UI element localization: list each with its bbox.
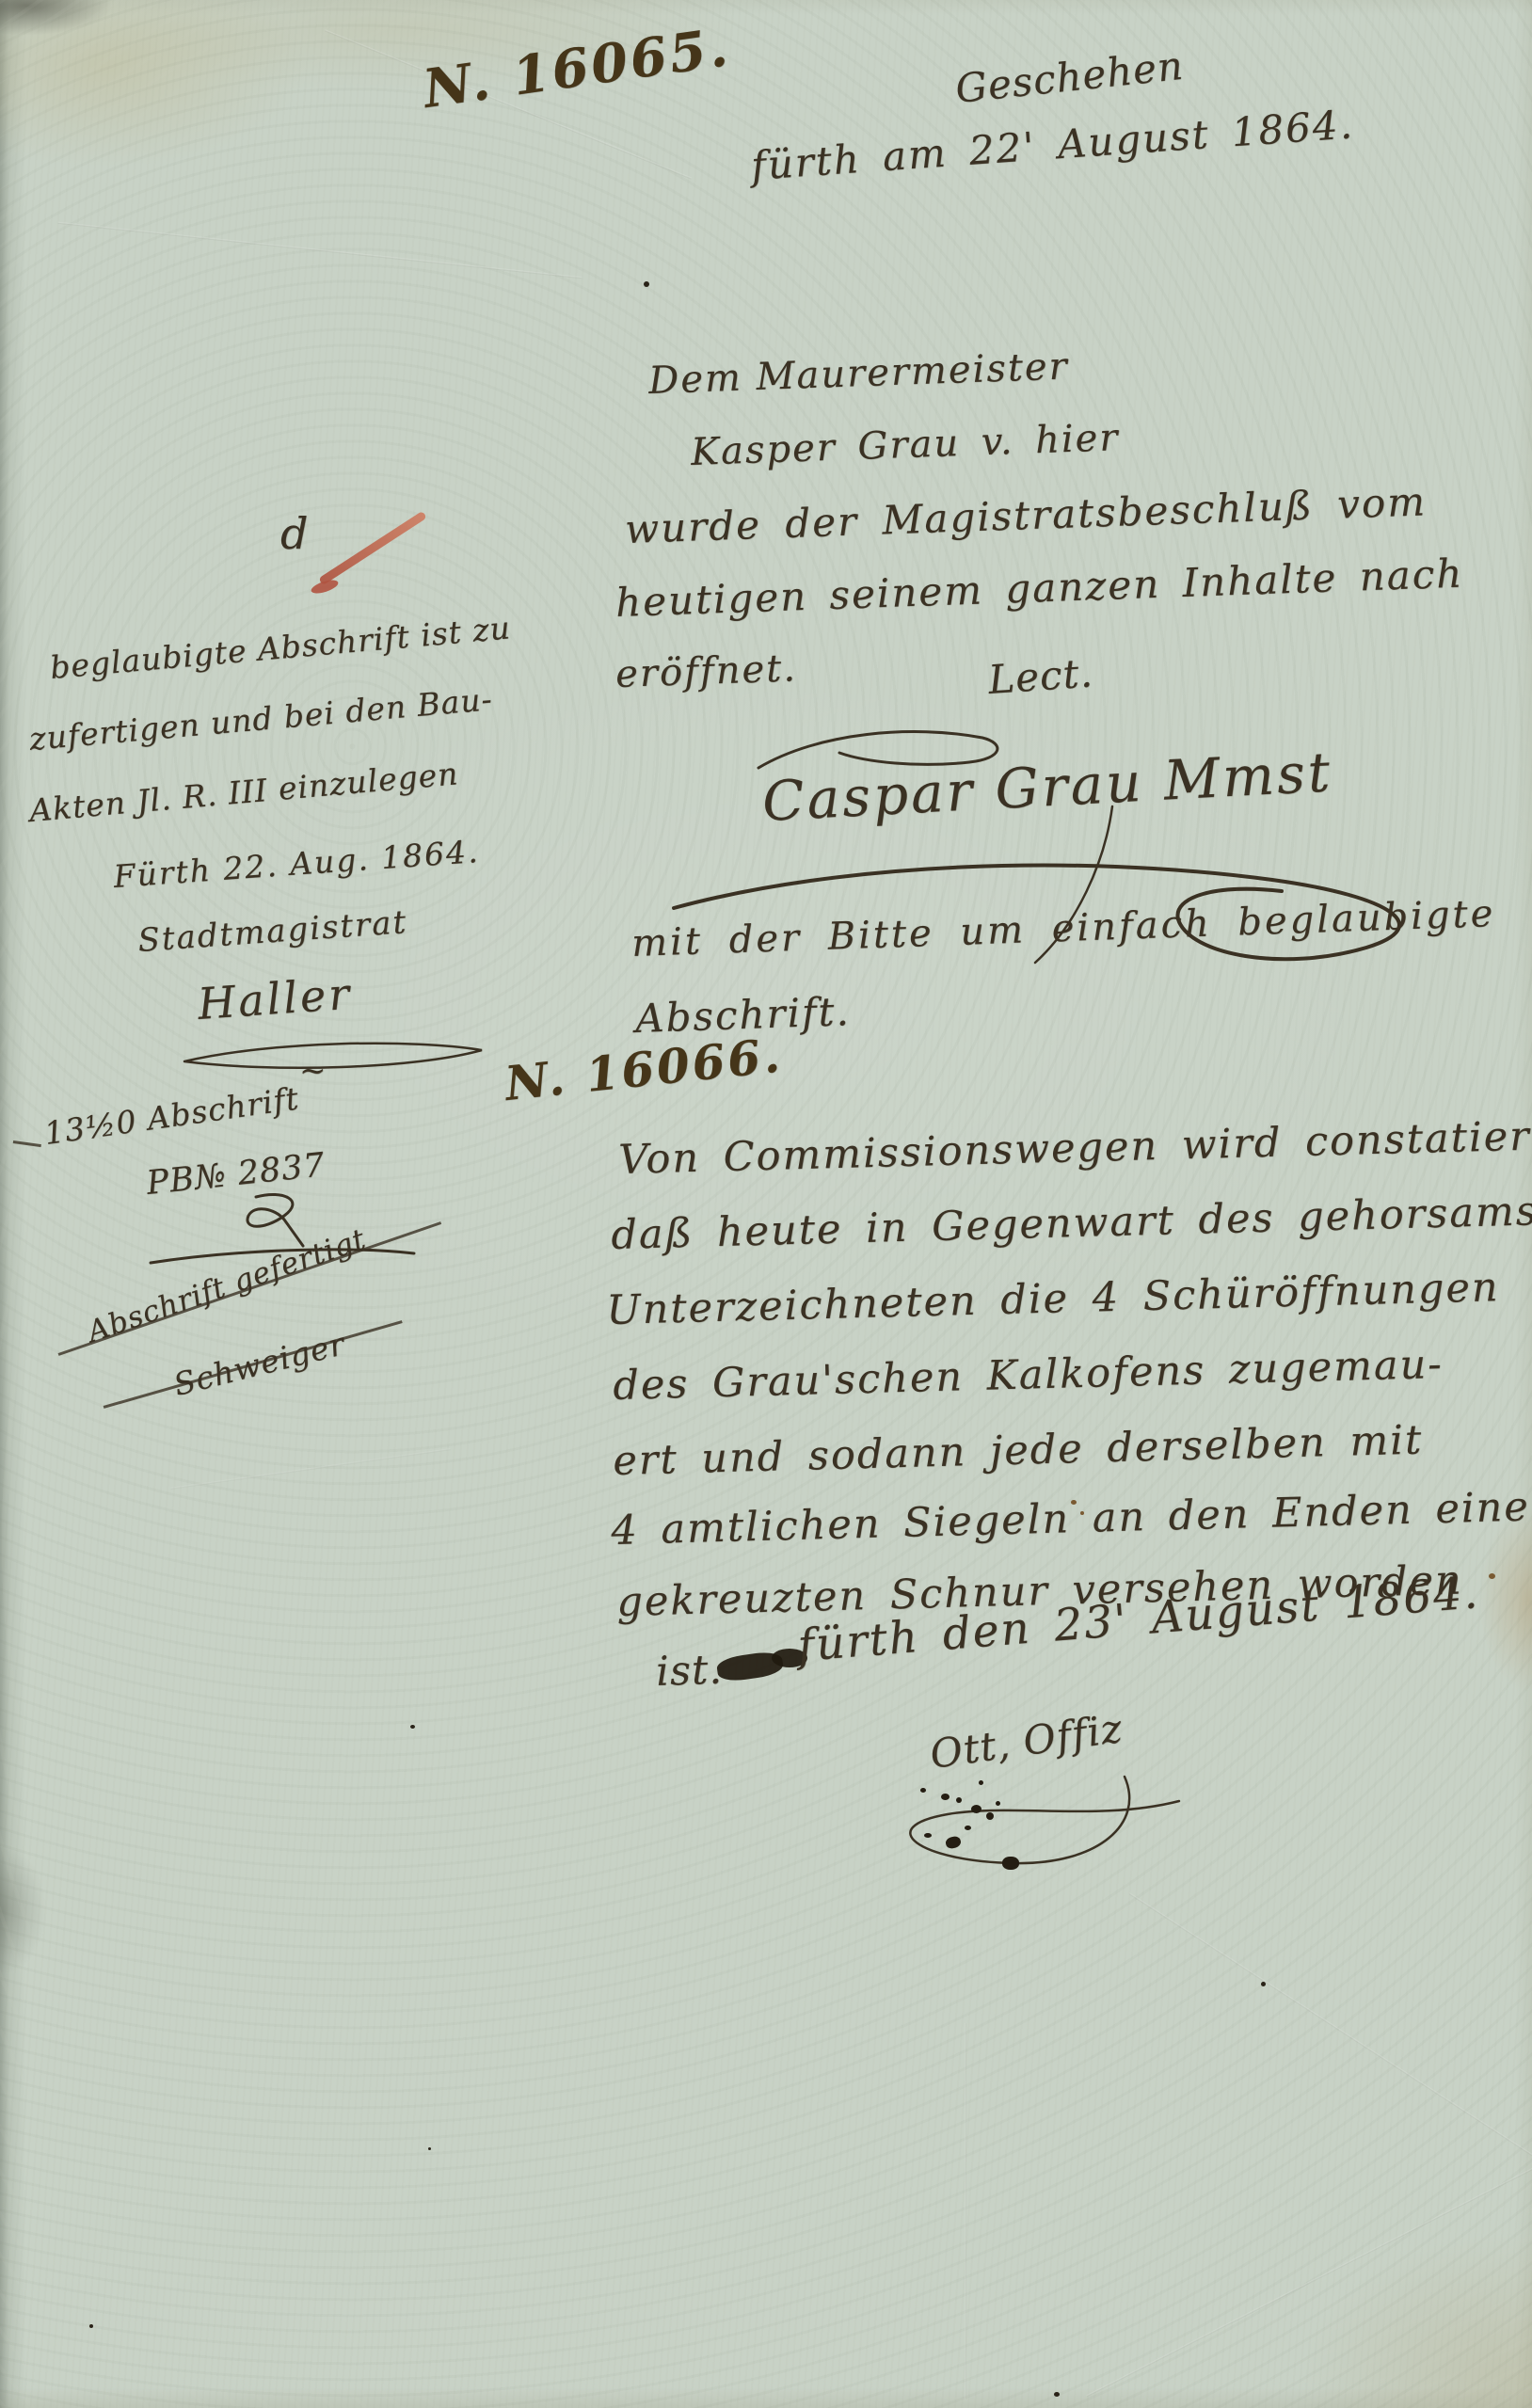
ink-speck: [644, 281, 649, 287]
ink-speck: [428, 2147, 431, 2150]
entry2-body-line: Unterzeichneten die 4 Schüröffnungen: [606, 1264, 1500, 1334]
entry2-body-line: ert und sodann jede derselben mit: [613, 1416, 1424, 1485]
entry2-body-line: Von Commissionswegen wird constatiert,: [618, 1112, 1532, 1184]
entry1-body-line: wurde der Magistratsbeschluß vom: [624, 478, 1427, 552]
ink-dot: [941, 1794, 950, 1800]
ink-dot: [996, 1801, 1000, 1806]
entry1-margin-note-line: Akten Jl. R. III einzulegen: [28, 755, 460, 829]
ink-dot: [956, 1797, 962, 1803]
ink-dot: [1002, 1857, 1019, 1870]
foxing-spot: [1071, 1500, 1077, 1505]
ink-speck: [1054, 2392, 1060, 2397]
entry1-body-line: eröffnet.: [614, 646, 797, 696]
entry1-header-place-date: fürth am 22' August 1864.: [750, 101, 1356, 189]
paper-crease: [965, 2023, 966, 2400]
entry2-margin-register-number: PB№ 2837: [145, 1146, 327, 1203]
entry1-margin-note-line: zufertigen und bei den Bau-: [28, 680, 494, 757]
entry2-body-line: daß heute in Gegenwart des gehorsamst: [611, 1188, 1532, 1259]
haller-signature: Haller: [196, 968, 354, 1029]
entry2-body-line: 4 amtlichen Siegeln an den Enden einer: [611, 1483, 1532, 1555]
entry2-body-line: des Grau'schen Kalkofens zugemau-: [613, 1341, 1444, 1410]
entry1-body-line: Kasper Grau v. hier: [690, 416, 1120, 474]
entry1-lect-mark: Lect.: [987, 649, 1095, 703]
entry1-body-line: heutigen seinem ganzen Inhalte nach: [614, 550, 1464, 626]
entry1-header-geschehen: Geschehen: [953, 42, 1186, 112]
entry1-number: N. 16065.: [420, 16, 734, 120]
margin-dash-mark: [13, 1140, 41, 1147]
ink-speck: [410, 1725, 415, 1729]
entry1-body-line: Dem Maurermeister: [647, 344, 1069, 403]
ink-splatter: [913, 1767, 1073, 1875]
foxing-spot: [1080, 1511, 1084, 1515]
ink-dot: [965, 1826, 971, 1830]
ink-dot: [986, 1812, 994, 1820]
foxing-spot: [1489, 1573, 1495, 1579]
paper-crease: [1128, 1892, 1532, 2211]
paper-crease: [1086, 2122, 1532, 2397]
entry1-margin-date: Fürth 22. Aug. 1864.: [112, 833, 480, 895]
ink-dot: [971, 1805, 981, 1813]
copy-note-strike-line: [58, 1221, 441, 1355]
paper-crease: [170, 1448, 450, 1490]
copy-note-underline: [104, 1320, 403, 1408]
ink-dot: [979, 1780, 983, 1785]
ink-speck: [89, 2324, 93, 2328]
ink-dot: [924, 1833, 932, 1838]
haller-tilde-mark: ~: [299, 1052, 327, 1090]
entry1-margin-note-line: beglaubigte Abschrift ist zu: [49, 609, 513, 686]
ink-dot: [920, 1788, 926, 1793]
paper-crease: [57, 222, 582, 279]
haller-underline-flourish: [179, 1035, 489, 1078]
entry2-margin-fee-line: 13½0 Abschrift: [42, 1079, 302, 1152]
red-pencil-mark-foot: [310, 578, 340, 597]
document-page: N. 16065. Geschehen fürth am 22' August …: [0, 0, 1532, 2408]
entry1-margin-authority: Stadtmagistrat: [136, 903, 408, 960]
ink-dot: [945, 1835, 963, 1850]
entry1-party-signature: Caspar Grau Mmst: [760, 740, 1333, 834]
margin-registry-mark: d: [280, 508, 309, 559]
entry2-copy-note-signature: Schweiger: [170, 1325, 349, 1403]
entry1-request-line: mit der Bitte um einfach beglaubigte: [630, 892, 1496, 965]
ink-speck: [1261, 1982, 1266, 1986]
entry2-body-line: ist.: [655, 1647, 723, 1696]
red-pencil-mark: [318, 511, 427, 585]
